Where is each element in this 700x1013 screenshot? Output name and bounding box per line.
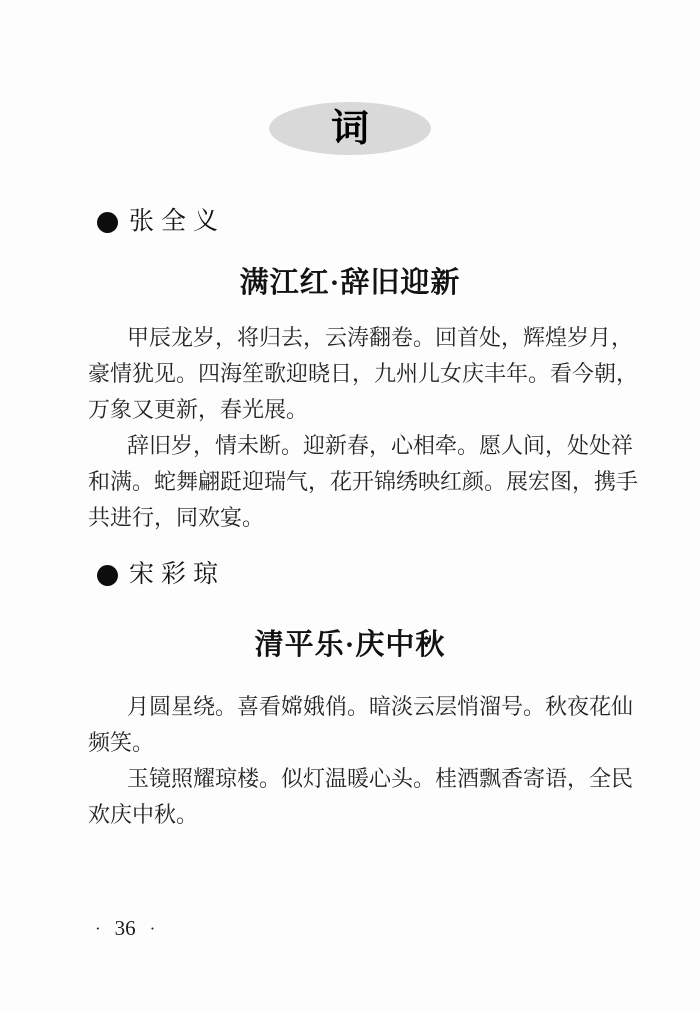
book-page: 词 张全义 满江红·辞旧迎新 甲辰龙岁，将归去，云涛翻卷。回首处，辉煌岁月， 豪… bbox=[0, 0, 700, 1013]
poem-body: 甲辰龙岁，将归去，云涛翻卷。回首处，辉煌岁月， 豪情犹见。四海笙歌迎晓日，九州儿… bbox=[88, 320, 648, 536]
poem-title: 清平乐·庆中秋 bbox=[0, 628, 700, 662]
bullet-icon bbox=[97, 212, 118, 233]
poem-line: 万象又更新，春光展。 bbox=[88, 392, 648, 428]
poem-line: 豪情犹见。四海笙歌迎晓日，九州儿女庆丰年。看今朝， bbox=[88, 356, 648, 392]
footer-dot-left: · bbox=[95, 920, 101, 937]
poem-line: 共进行，同欢宴。 bbox=[88, 500, 648, 536]
poem-line: 月圆星绕。喜看嫦娥俏。暗淡云层悄溜号。秋夜花仙 bbox=[88, 689, 648, 725]
bullet-icon bbox=[97, 565, 118, 586]
author-row: 张全义 bbox=[97, 207, 225, 237]
page-footer: · 36 · bbox=[95, 916, 155, 941]
poem-body: 月圆星绕。喜看嫦娥俏。暗淡云层悄溜号。秋夜花仙 频笑。 玉镜照耀琼楼。似灯温暖心… bbox=[88, 689, 648, 833]
poem-line: 频笑。 bbox=[88, 725, 648, 761]
author-name: 宋彩琼 bbox=[129, 560, 225, 590]
section-header-ellipse: 词 bbox=[269, 102, 431, 155]
poem-line: 欢庆中秋。 bbox=[88, 797, 648, 833]
poem-line: 玉镜照耀琼楼。似灯温暖心头。桂酒飘香寄语，全民 bbox=[88, 761, 648, 797]
poem-line: 和满。蛇舞翩跹迎瑞气，花开锦绣映红颜。展宏图，携手 bbox=[88, 464, 648, 500]
author-name: 张全义 bbox=[129, 207, 225, 237]
section-header-label: 词 bbox=[331, 109, 369, 149]
poem-line: 辞旧岁，情未断。迎新春，心相牵。愿人间，处处祥 bbox=[88, 428, 648, 464]
footer-dot-right: · bbox=[150, 920, 156, 937]
poem-line: 甲辰龙岁，将归去，云涛翻卷。回首处，辉煌岁月， bbox=[88, 320, 648, 356]
page-number: 36 bbox=[115, 916, 136, 941]
author-row: 宋彩琼 bbox=[97, 560, 225, 590]
poem-title: 满江红·辞旧迎新 bbox=[0, 266, 700, 300]
